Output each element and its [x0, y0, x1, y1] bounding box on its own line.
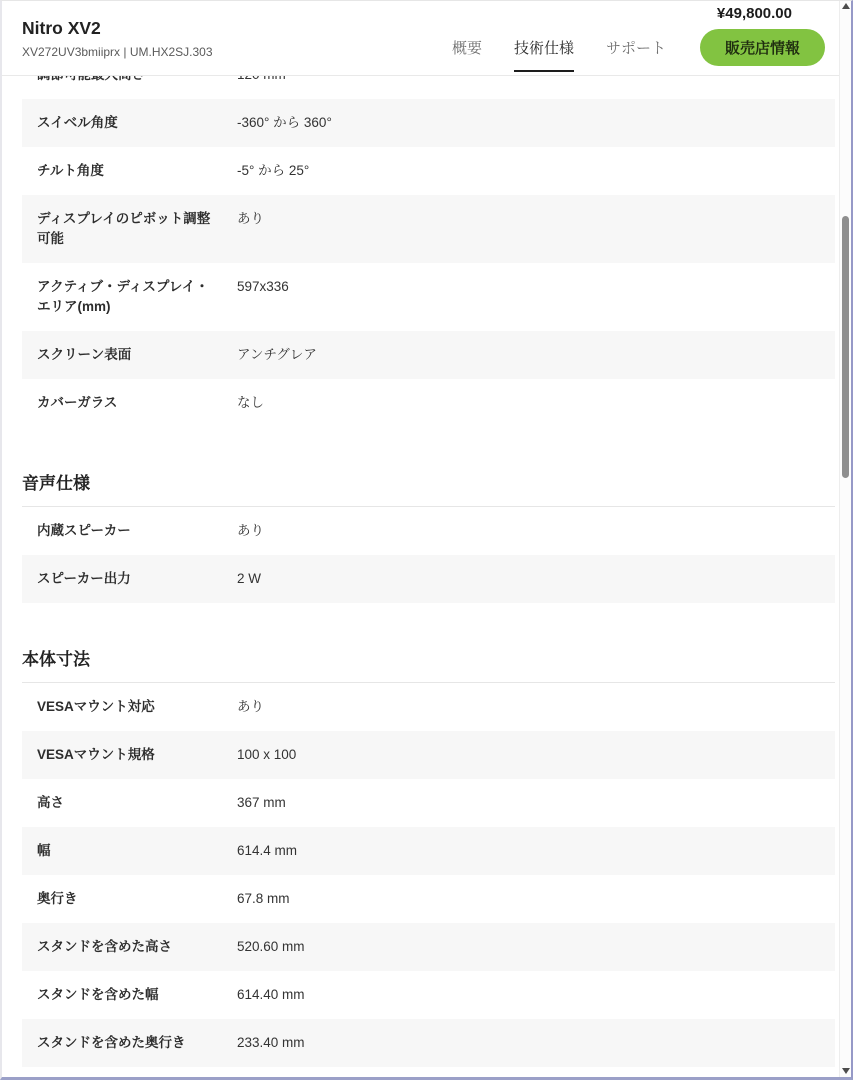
product-spec-page: 調節可能最大高さ 120 mm スイベル角度 -360° から 360° チルト…	[0, 0, 853, 1080]
spec-row: アクティブ・ディスプレイ・エリア(mm) 597x336	[22, 263, 835, 331]
page-header: Nitro XV2 XV272UV3bmiiprx | UM.HX2SJ.303…	[2, 1, 842, 76]
tab-tech-specs[interactable]: 技術仕様	[514, 37, 574, 58]
spec-table: VESAマウント対応 あり VESAマウント規格 100 x 100 高さ 36…	[22, 683, 835, 1067]
spec-row: スタンドを含めた幅 614.40 mm	[22, 971, 835, 1019]
spec-label: スタンドを含めた奥行き	[37, 1033, 222, 1053]
product-title: Nitro XV2	[22, 18, 213, 39]
spec-value: 597x336	[237, 277, 289, 297]
spec-row: チルト角度 -5° から 25°	[22, 147, 835, 195]
product-model: XV272UV3bmiiprx | UM.HX2SJ.303	[22, 45, 213, 59]
spec-value: 367 mm	[237, 793, 286, 813]
spec-value: 520.60 mm	[237, 937, 305, 957]
spec-label: チルト角度	[37, 161, 222, 181]
spec-label: 内蔵スピーカー	[37, 521, 222, 541]
spec-value: 233.40 mm	[237, 1033, 305, 1053]
tab-support[interactable]: サポート	[606, 37, 666, 58]
section-heading: 本体寸法	[22, 649, 835, 671]
spec-row: ディスプレイのピボット調整可能 あり	[22, 195, 835, 263]
spec-row: スタンドを含めた奥行き 233.40 mm	[22, 1019, 835, 1067]
scroll-up-arrow-icon[interactable]	[842, 3, 850, 9]
scrollbar-thumb[interactable]	[842, 216, 849, 478]
scroll-down-arrow-icon[interactable]	[842, 1068, 850, 1074]
spec-value: 67.8 mm	[237, 889, 290, 909]
vertical-scrollbar[interactable]	[839, 1, 851, 1077]
spec-row: スイベル角度 -360° から 360°	[22, 99, 835, 147]
seller-info-button[interactable]: 販売店情報	[700, 29, 825, 66]
spec-row: VESAマウント規格 100 x 100	[22, 731, 835, 779]
spec-row: 幅 614.4 mm	[22, 827, 835, 875]
spec-label: スイベル角度	[37, 113, 222, 133]
product-title-block: Nitro XV2 XV272UV3bmiiprx | UM.HX2SJ.303	[22, 18, 213, 59]
spec-value: -360° から 360°	[237, 113, 332, 133]
header-right: 概要技術仕様サポート 販売店情報	[452, 29, 825, 66]
spec-value: なし	[237, 393, 264, 413]
spec-label: ディスプレイのピボット調整可能	[37, 209, 222, 249]
spec-table: 内蔵スピーカー あり スピーカー出力 2 W	[22, 507, 835, 603]
spec-value: あり	[237, 209, 264, 229]
spec-value: あり	[237, 521, 264, 541]
spec-value: -5° から 25°	[237, 161, 309, 181]
spec-value: 614.4 mm	[237, 841, 297, 861]
spec-label: 奥行き	[37, 889, 222, 909]
spec-row: スクリーン表面 アンチグレア	[22, 331, 835, 379]
tab-overview[interactable]: 概要	[452, 37, 482, 58]
spec-value: アンチグレア	[237, 345, 317, 365]
spec-row: スピーカー出力 2 W	[22, 555, 835, 603]
spec-label: スピーカー出力	[37, 569, 222, 589]
spec-label: スクリーン表面	[37, 345, 222, 365]
spec-value: あり	[237, 697, 264, 717]
spec-label: カバーガラス	[37, 393, 222, 413]
spec-label: VESAマウント規格	[37, 745, 222, 765]
spec-row: VESAマウント対応 あり	[22, 683, 835, 731]
spec-table: 調節可能最大高さ 120 mm スイベル角度 -360° から 360° チルト…	[22, 51, 835, 427]
section-heading: 音声仕様	[22, 473, 835, 495]
spec-label: 幅	[37, 841, 222, 861]
product-price: ¥49,800.00	[717, 5, 792, 22]
spec-label: VESAマウント対応	[37, 697, 222, 717]
spec-value: 100 x 100	[237, 745, 296, 765]
spec-row: スタンドを含めた高さ 520.60 mm	[22, 923, 835, 971]
page-tabs: 概要技術仕様サポート	[452, 37, 666, 58]
spec-row: 奥行き 67.8 mm	[22, 875, 835, 923]
spec-row: 内蔵スピーカー あり	[22, 507, 835, 555]
spec-value: 614.40 mm	[237, 985, 305, 1005]
spec-value: 2 W	[237, 569, 261, 589]
spec-label: アクティブ・ディスプレイ・エリア(mm)	[37, 277, 222, 317]
spec-label: 高さ	[37, 793, 222, 813]
spec-label: スタンドを含めた幅	[37, 985, 222, 1005]
spec-row: カバーガラス なし	[22, 379, 835, 427]
spec-label: スタンドを含めた高さ	[37, 937, 222, 957]
spec-row: 高さ 367 mm	[22, 779, 835, 827]
spec-content: 調節可能最大高さ 120 mm スイベル角度 -360° から 360° チルト…	[22, 51, 835, 1067]
